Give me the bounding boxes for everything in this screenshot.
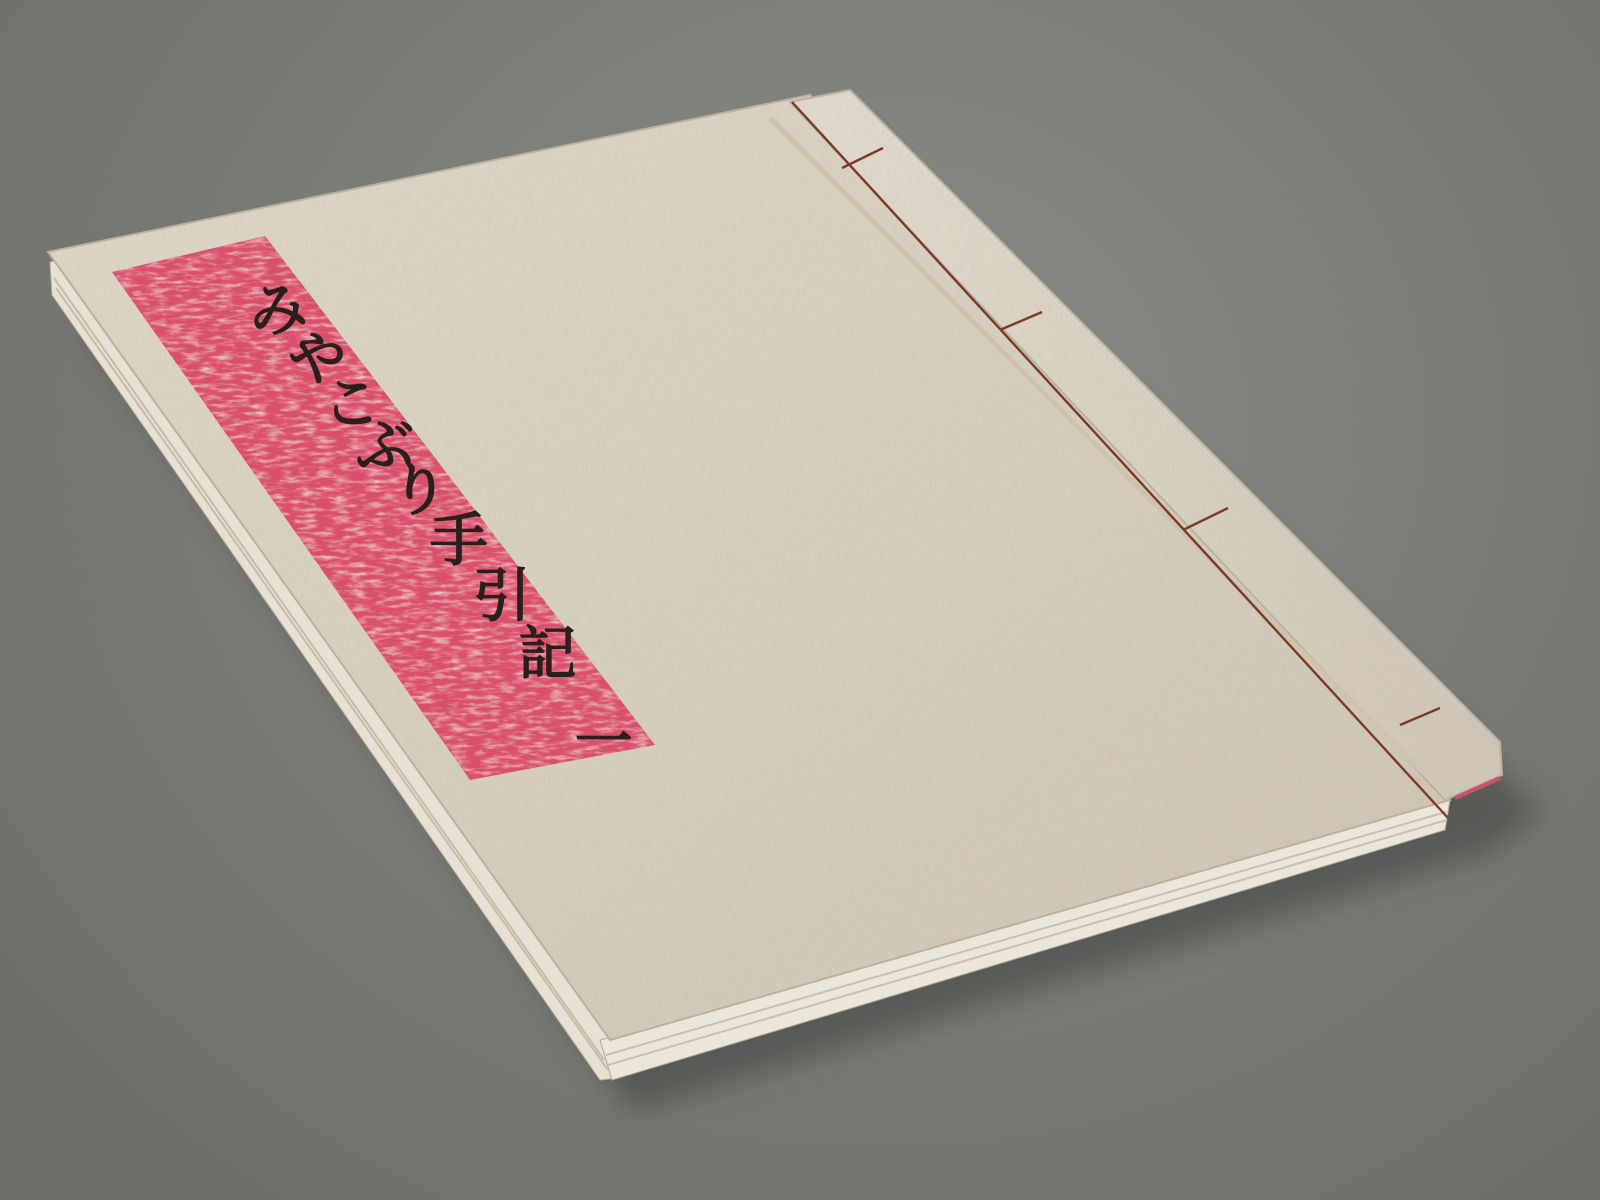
book-photo: み や こ ぶ り 手 引 記 一 — [0, 0, 1600, 1200]
photo-scene: み や こ ぶ り 手 引 記 一 — [0, 0, 1600, 1200]
title-char-8: 記 — [518, 620, 576, 688]
title-volume: 一 — [575, 708, 633, 776]
